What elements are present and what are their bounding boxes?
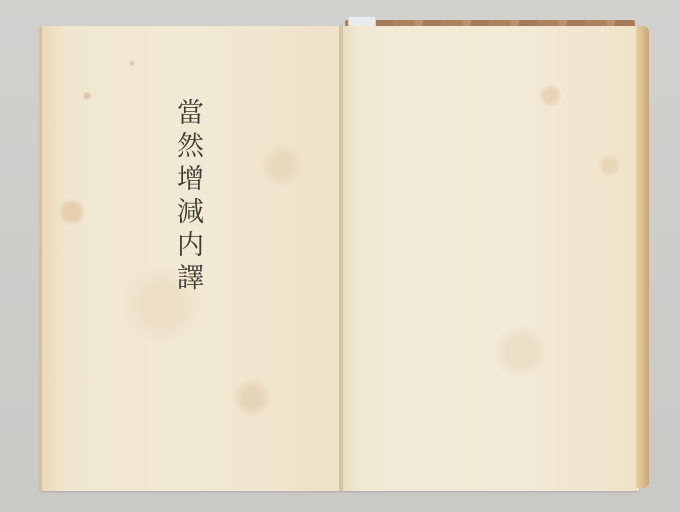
open-book: 當然增減内譯 [0,0,680,512]
right-page [342,26,639,491]
vertical-title: 當然增減内譯 [172,98,202,296]
page-block-side [636,26,649,488]
